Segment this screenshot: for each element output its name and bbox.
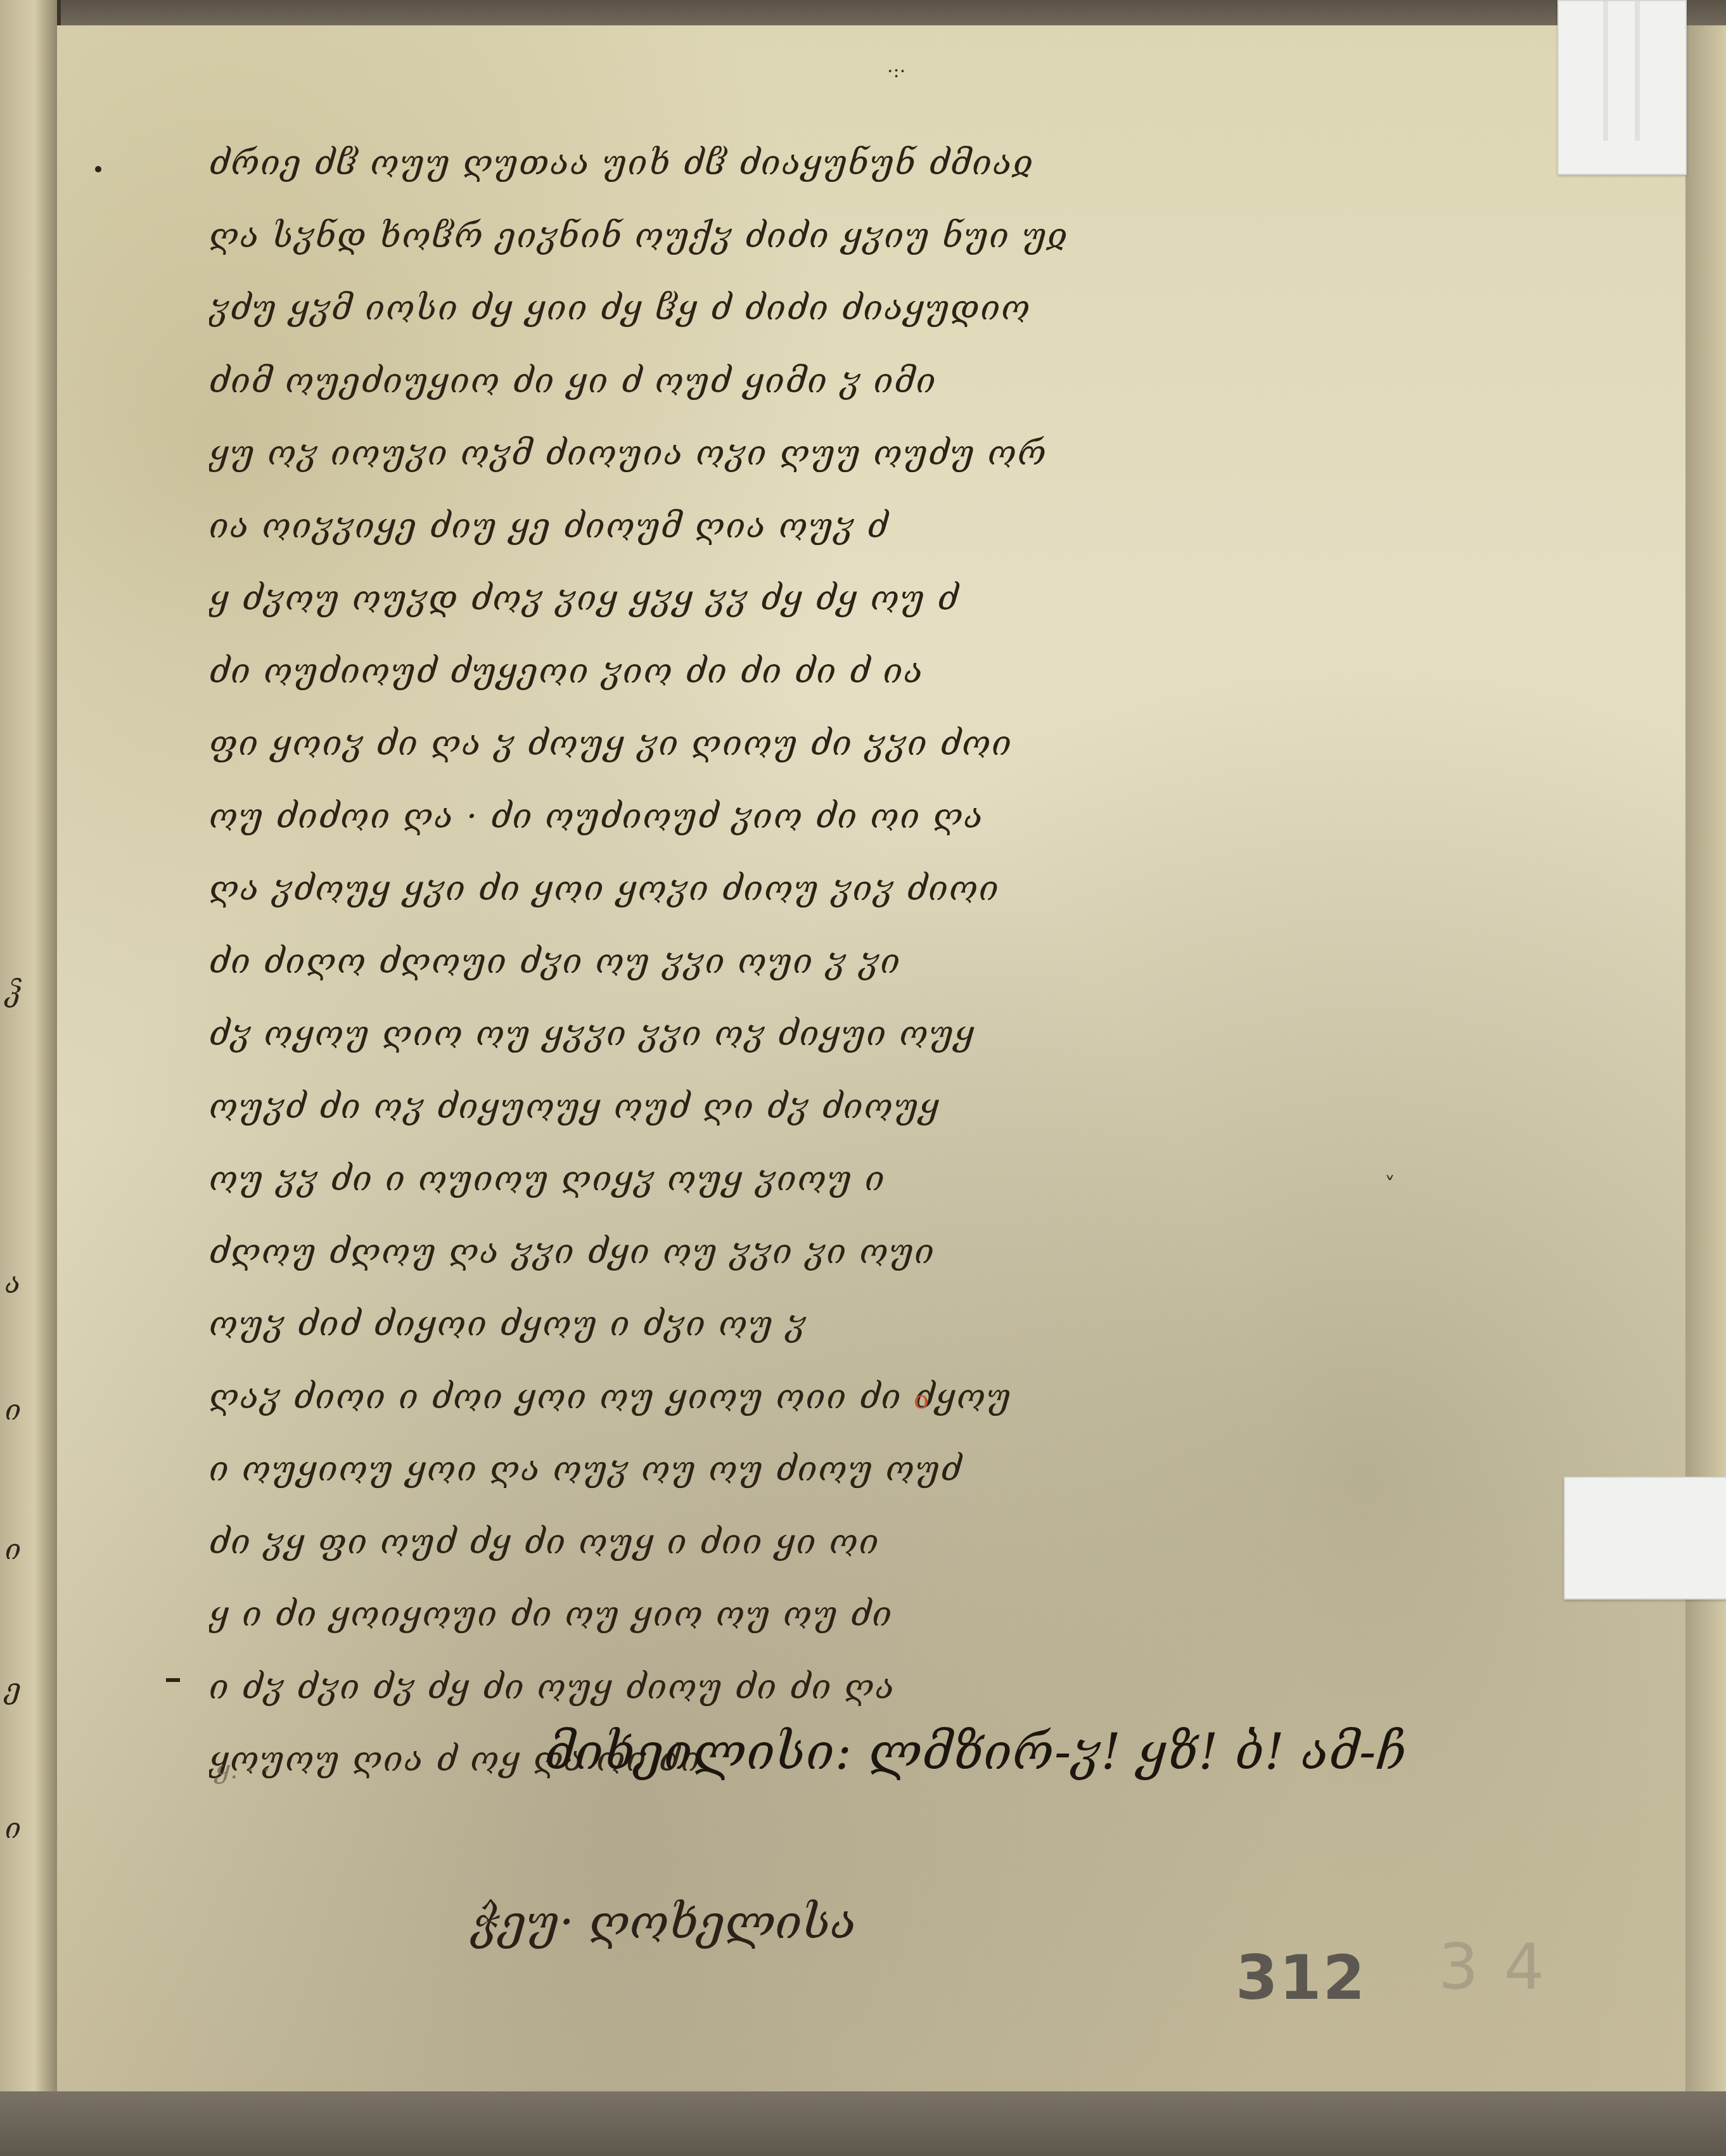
background-bottom bbox=[0, 2091, 1726, 2156]
marginal-note-line-2: ჭეუ· ღოხელისა bbox=[472, 1895, 856, 1949]
margin-dot bbox=[95, 166, 101, 172]
left-margin-char: ა bbox=[5, 1267, 49, 1300]
margin-dash bbox=[166, 1678, 180, 1682]
text-line: ოუჳძ ძი ოჳ ძიყუოუყ ოუძ ღი ძჳ ძიოუყ bbox=[209, 1070, 1413, 1143]
text-line: ძჳ ოყოუ ღიო ოუ ყჳჳი ჳჳი ოჳ ძიყუი ოუყ bbox=[209, 998, 1413, 1070]
marginal-note-line-1: მიხეილისი: ლმზირ-ჳ! ყზ! ბ! ამ-ჩ bbox=[545, 1724, 1407, 1781]
text-line: ძიმ ოუეძიუყიო ძი ყი ძ ოუძ ყიმი ჳ იმი bbox=[209, 345, 1413, 418]
folio-number: 312 bbox=[1236, 1942, 1366, 2013]
left-margin-char: ი bbox=[5, 1394, 49, 1427]
left-facing-leaf: ჴ ა ი ი ე ი bbox=[0, 0, 61, 2117]
text-line: ღაჳ ძიოი ი ძოი ყოი ოუ ყიოუ ოიი ძი ძყოუ bbox=[209, 1361, 1413, 1434]
left-margin-char: ი bbox=[5, 1534, 49, 1566]
text-line: ოუ ძიძოი ღა · ძი ოუძიოუძ ჳიო ძი ოი ღა bbox=[209, 780, 1413, 853]
text-line: ფი ყოიჳ ძი ღა ჳ ძოუყ ჳი ღიოუ ძი ჳჳი ძოი bbox=[209, 707, 1413, 780]
left-margin-char: ჴ bbox=[5, 976, 49, 1008]
text-line: ჳძუ ყჳმ იოსი ძყ ყიი ძყ ჱყ ძ ძიძი ძიაყუდი… bbox=[209, 272, 1413, 345]
paper-tab-right bbox=[1564, 1477, 1726, 1600]
text-line: ძი ჳყ ფი ოუძ ძყ ძი ოუყ ი ძიი ყი ოი bbox=[209, 1506, 1413, 1579]
text-line: ძი ძიღო ძღოუი ძჳი ოუ ჳჳი ოუი ჳ ჳი bbox=[209, 925, 1413, 998]
left-margin-char: ი bbox=[5, 1813, 49, 1845]
paper-tab-top bbox=[1557, 0, 1687, 175]
text-line: ოუ ჳჳ ძი ი ოუიოუ ღიყჳ ოუყ ჳიოუ ი bbox=[209, 1143, 1413, 1216]
text-line: ყუ ოჳ იოუჳი ოჳმ ძიოუია ოჳი ღუუ ოუძუ ორ bbox=[209, 417, 1413, 490]
old-folio-number: 3 4 bbox=[1438, 1930, 1547, 2004]
text-line: ი ოუყიოუ ყოი ღა ოუჳ ოუ ოუ ძიოუ ოუძ bbox=[209, 1433, 1413, 1506]
top-margin-mark: ·:· bbox=[887, 60, 905, 82]
rubric-mark: o bbox=[914, 1385, 929, 1415]
text-line: ყ ძჳოუ ოუჳდ ძოჳ ჳიყ ყჳყ ჳჳ ძყ ძყ ოუ ძ bbox=[209, 562, 1413, 635]
text-line: ყ ი ძი ყოიყოუი ძი ოუ ყიო ოუ ოუ ძი bbox=[209, 1578, 1413, 1651]
caret-mark: ˅ bbox=[1384, 1172, 1395, 1198]
text-line: ძი ოუძიოუძ ძუყეოი ჳიო ძი ძი ძი ძ ია bbox=[209, 635, 1413, 708]
text-line: ღა ჳძოუყ ყჳი ძი ყოი ყოჳი ძიოუ ჳიჳ ძიოი bbox=[209, 852, 1413, 925]
text-line: ძრიე ძჱ ოუუ ღუთაა უიხ ძჱ ძიაყუნუნ ძმიაჲ bbox=[209, 127, 1413, 200]
left-margin-char: ე bbox=[5, 1673, 49, 1705]
main-text-block: ძრიე ძჱ ოუუ ღუთაა უიხ ძჱ ძიაყუნუნ ძმიაჲ … bbox=[209, 127, 1413, 1796]
faint-marginal-note: ყ. · · bbox=[215, 1755, 271, 1785]
text-line: ოუჳ ძიძ ძიყოი ძყოუ ი ძჳი ოუ ჳ bbox=[209, 1288, 1413, 1361]
text-line: ღა სჳნდ ხოჱრ ეიჳნინ ოუქჳ ძიძი ყჳიუ ნუი უ… bbox=[209, 200, 1413, 273]
text-line: ი ძჳ ძჳი ძჳ ძყ ძი ოუყ ძიოუ ძი ძი ღა bbox=[209, 1651, 1413, 1724]
text-line: ია ოიჳჳიყე ძიუ ყე ძიოუმ ღია ოუჳ ძ bbox=[209, 490, 1413, 563]
page-edge-strip bbox=[1685, 25, 1726, 2098]
text-line: ძღოუ ძღოუ ღა ჳჳი ძყი ოუ ჳჳი ჳი ოუი bbox=[209, 1216, 1413, 1288]
